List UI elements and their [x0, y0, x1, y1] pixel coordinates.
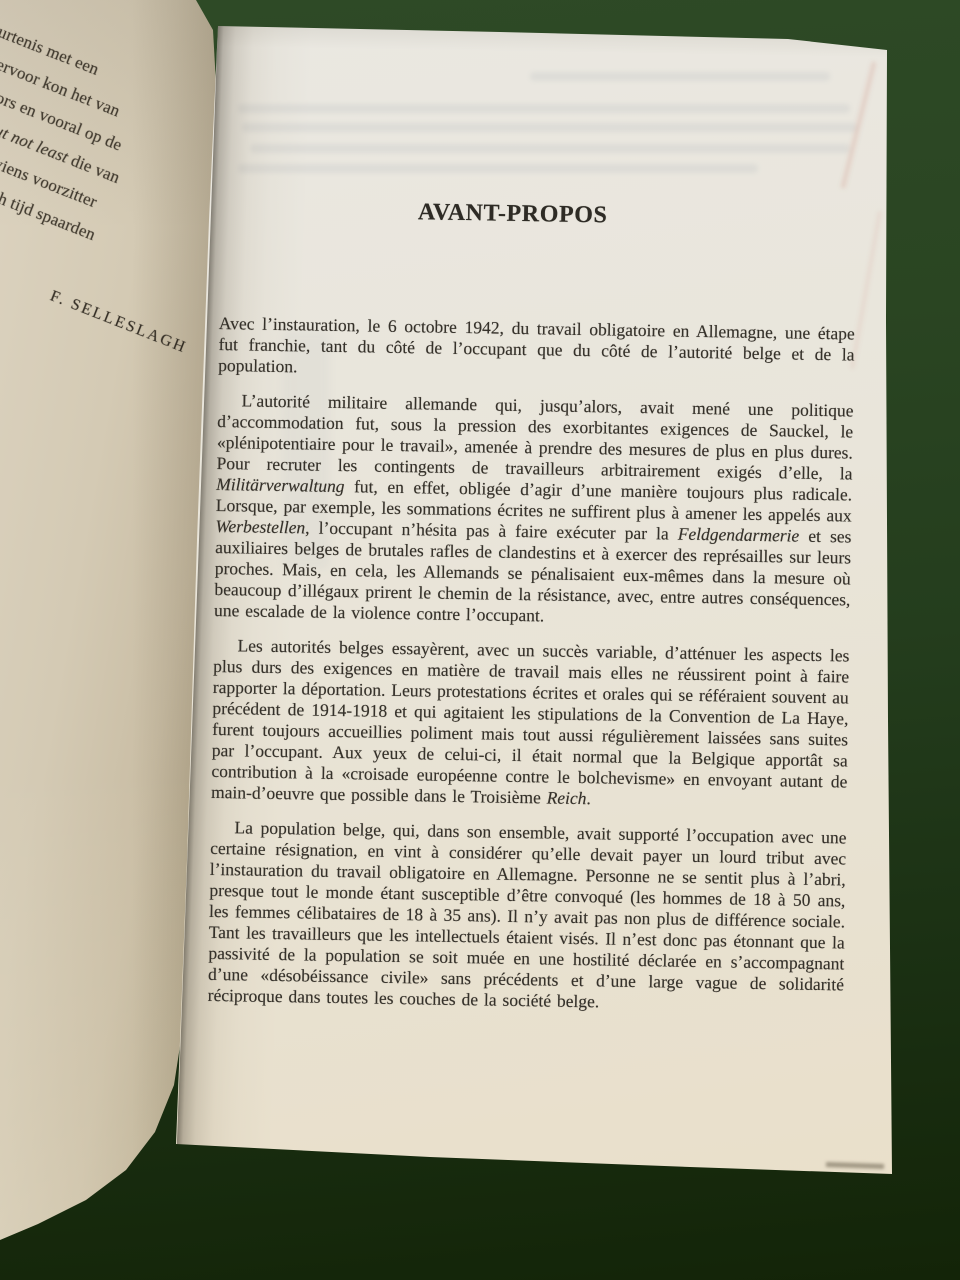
paragraph: La population belge, qui, dans son ensem…	[208, 817, 847, 1017]
book-photo-scene: arkante gebeurtenis met eenherdenken. Hi…	[0, 0, 960, 1280]
page-title: AVANT-PROPOS	[195, 196, 831, 234]
bleedthrough-line	[238, 164, 758, 173]
paragraph: Avec l’instauration, le 6 octobre 1942, …	[218, 313, 855, 387]
edge-smudge	[826, 1162, 884, 1169]
body-paragraphs: Avec l’instauration, le 6 octobre 1942, …	[208, 313, 855, 1016]
bleedthrough-line	[242, 123, 857, 132]
bleedthrough-line	[530, 72, 830, 81]
paragraph: Les autorités belges essayèrent, avec un…	[211, 635, 850, 814]
paragraph: L’autorité militaire allemande qui, jusq…	[214, 390, 854, 632]
bleedthrough-line	[250, 144, 850, 153]
page-content: AVANT-PROPOS Avec l’instauration, le 6 o…	[207, 196, 857, 1030]
bleedthrough-line	[238, 104, 850, 113]
